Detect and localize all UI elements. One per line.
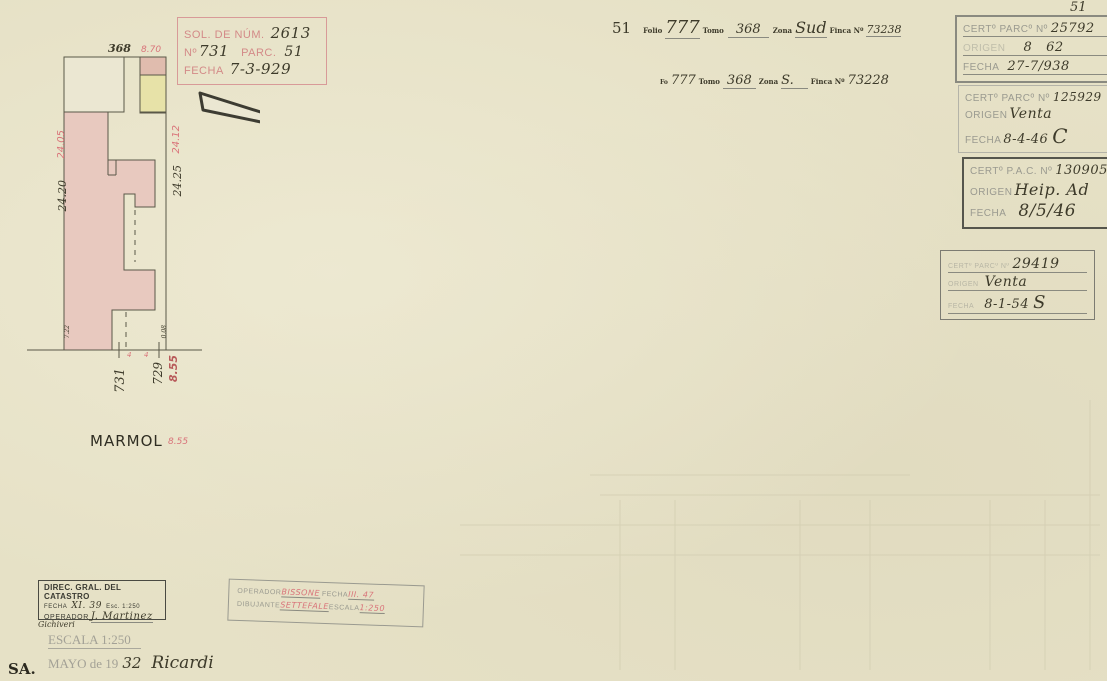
registry2-folio: 777	[671, 73, 696, 88]
catastro-sub-signature: Gichiveri	[38, 620, 75, 629]
registry2-finca: 73228	[848, 73, 889, 88]
footer-date-line: MAYO de 19 32 Ricardi	[48, 653, 214, 673]
door-number-729: 729	[151, 362, 165, 385]
bottom-left-small-measure: 7.22	[64, 325, 71, 338]
cert4-initial: S	[1033, 292, 1046, 313]
bottom-right-small-measure: 0.08	[161, 325, 168, 338]
operator-stamp: OPERADOR BISSONE FECHA III. 47 DIBUJANTE…	[227, 579, 424, 628]
front-width-red: 8.55	[167, 355, 180, 382]
footer-date-prefix: MAYO de 19	[48, 656, 118, 672]
num-label: Nº	[184, 47, 197, 59]
door-number-731: 731	[113, 368, 128, 393]
cert2-number: 125929	[1053, 90, 1102, 104]
dibujante-name: SETTEFALE	[280, 600, 329, 612]
plan-top-width: 8.70	[141, 45, 161, 55]
parc-label: PARC.	[241, 47, 276, 59]
cert4-origen: Venta	[985, 274, 1028, 290]
sol-value: 2613	[271, 24, 311, 42]
certificate-stamp-4: CERTº PARCº Nº29419 ORIGENVenta FECHA8-1…	[940, 250, 1095, 320]
street-width: 8.55	[168, 437, 188, 447]
solicitud-stamp: SOL. DE NÚM. 2613 Nº 731 PARC. 51 FECHA …	[177, 17, 327, 85]
catastro-title: DIREC. GRAL. DEL CATASTRO	[44, 583, 160, 601]
sol-label: SOL. DE NÚM.	[184, 29, 265, 41]
cert3-origen: Heip. Ad	[1014, 180, 1089, 199]
street-name: MARMOL	[90, 432, 163, 450]
cert4-number: 29419	[1012, 256, 1059, 272]
left-side-measure-red: 24.05	[56, 130, 67, 159]
footer-signature: Ricardi	[151, 653, 213, 673]
cert2-origen: Venta	[1009, 106, 1052, 122]
operator-name: BISSONE	[281, 587, 320, 598]
registry-line-2: Fo 777 Tomo 368 Zona S. Finca Nº 73228	[660, 73, 889, 89]
cert2-fecha: 8-4-46	[1003, 132, 1048, 147]
num-value: 731	[199, 42, 229, 60]
footer-escala: ESCALA 1:250	[48, 632, 141, 649]
registry-tomo: 368	[728, 22, 769, 38]
right-side-measure-red: 24.12	[171, 125, 182, 154]
right-side-measure: 24.25	[171, 165, 184, 197]
footer-initials: SA.	[8, 660, 36, 678]
registry-parcel: 51	[612, 19, 631, 37]
arrow-icon	[200, 93, 260, 135]
cert1-origen: 8 62	[1023, 40, 1063, 55]
footer-year: 32	[122, 654, 141, 672]
left-side-measure: 24.20	[56, 180, 69, 212]
catastro-fecha: XI. 39	[71, 601, 102, 611]
cert1-fecha: 27-7/938	[1007, 59, 1069, 74]
cadastral-sheet: 51	[0, 0, 1107, 681]
certificate-stamp-2: CERTº PARCº Nº125929 ORIGENVenta FECHA8-…	[958, 85, 1107, 153]
operator-escala: 1:250	[359, 603, 385, 614]
catastro-escala: 1:250	[122, 604, 140, 610]
plan-top-number: 368	[108, 42, 131, 55]
cert1-number: 25792	[1051, 21, 1095, 36]
catastro-stamp: DIREC. GRAL. DEL CATASTRO FECHA XI. 39 E…	[38, 580, 166, 620]
fecha-value: 7-3-929	[230, 60, 291, 78]
registry-folio: 777	[665, 17, 699, 39]
cert3-fecha: 8/5/46	[1018, 201, 1076, 221]
operator-fecha: III. 47	[348, 590, 374, 601]
corner-sheet-number: 51	[1070, 0, 1087, 15]
built-area	[64, 112, 155, 350]
front-tick-1: 4	[127, 351, 131, 359]
parc-value: 51	[284, 44, 303, 60]
fecha-label: FECHA	[184, 65, 224, 77]
registry-finca: 73238	[866, 23, 901, 37]
certificate-stamp-3: CERTº P.A.C. Nº130905 ORIGENHeip. Ad FEC…	[962, 157, 1107, 229]
registry2-tomo: 368	[723, 73, 756, 89]
certificate-stamp-1: CERTº PARCº Nº25792 ORIGEN8 62 FECHA27-7…	[955, 15, 1107, 83]
registry-zona: Sud	[795, 18, 827, 38]
registry-line-1: 51 Folio 777 Tomo 368 Zona Sud Finca Nº …	[612, 17, 901, 39]
cert2-initial: C	[1052, 124, 1068, 148]
front-tick-2: 4	[144, 351, 148, 359]
registry2-zona: S.	[781, 73, 808, 89]
cert3-number: 130905	[1055, 163, 1107, 178]
catastro-operador: J. Martinez	[91, 611, 153, 623]
cert4-fecha: 8-1-54	[984, 297, 1029, 312]
